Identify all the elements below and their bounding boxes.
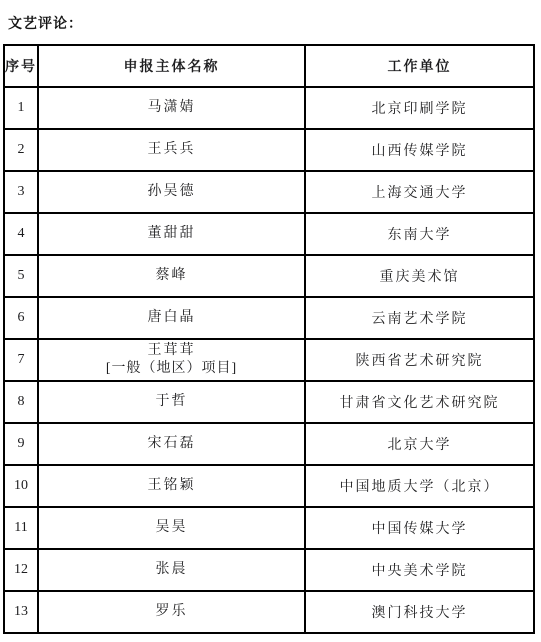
cell-work-unit: 重庆美术馆 bbox=[305, 255, 534, 297]
cell-applicant-name: 罗乐 bbox=[38, 591, 305, 633]
cell-work-unit: 陕西省艺术研究院 bbox=[305, 339, 534, 381]
cell-no: 13 bbox=[4, 591, 38, 633]
cell-no: 7 bbox=[4, 339, 38, 381]
cell-no: 4 bbox=[4, 213, 38, 255]
cell-applicant-name: 张晨 bbox=[38, 549, 305, 591]
applicants-table: 序号 申报主体名称 工作单位 1马潇婧北京印刷学院2王兵兵山西传媒学院3孙吴德上… bbox=[3, 44, 535, 634]
cell-applicant-name: 王兵兵 bbox=[38, 129, 305, 171]
table-row: 11吴昊中国传媒大学 bbox=[4, 507, 534, 549]
cell-work-unit: 上海交通大学 bbox=[305, 171, 534, 213]
table-row: 6唐白晶云南艺术学院 bbox=[4, 297, 534, 339]
cell-work-unit: 中国传媒大学 bbox=[305, 507, 534, 549]
applicant-name: 王兵兵 bbox=[39, 141, 304, 159]
applicant-name: 宋石磊 bbox=[39, 435, 304, 453]
applicant-name: 吴昊 bbox=[39, 519, 304, 537]
table-row: 3孙吴德上海交通大学 bbox=[4, 171, 534, 213]
cell-applicant-name: 王铭颖 bbox=[38, 465, 305, 507]
table-row: 10王铭颖中国地质大学（北京） bbox=[4, 465, 534, 507]
applicant-name: 孙吴德 bbox=[39, 183, 304, 201]
cell-no: 10 bbox=[4, 465, 38, 507]
table-row: 2王兵兵山西传媒学院 bbox=[4, 129, 534, 171]
cell-applicant-name: 马潇婧 bbox=[38, 87, 305, 129]
table-header: 序号 申报主体名称 工作单位 bbox=[4, 45, 534, 87]
cell-no: 8 bbox=[4, 381, 38, 423]
table-body: 1马潇婧北京印刷学院2王兵兵山西传媒学院3孙吴德上海交通大学4董甜甜东南大学5蔡… bbox=[4, 87, 534, 633]
cell-applicant-name: 于哲 bbox=[38, 381, 305, 423]
applicant-name: 罗乐 bbox=[39, 603, 304, 621]
col-header-name: 申报主体名称 bbox=[38, 45, 305, 87]
cell-applicant-name: 吴昊 bbox=[38, 507, 305, 549]
applicant-note: [一般（地区）项目] bbox=[39, 360, 304, 378]
applicant-name: 王铭颖 bbox=[39, 477, 304, 495]
cell-work-unit: 澳门科技大学 bbox=[305, 591, 534, 633]
cell-applicant-name: 蔡峰 bbox=[38, 255, 305, 297]
cell-applicant-name: 王茸茸[一般（地区）项目] bbox=[38, 339, 305, 381]
header-row: 序号 申报主体名称 工作单位 bbox=[4, 45, 534, 87]
cell-work-unit: 山西传媒学院 bbox=[305, 129, 534, 171]
cell-work-unit: 东南大学 bbox=[305, 213, 534, 255]
cell-work-unit: 中央美术学院 bbox=[305, 549, 534, 591]
applicant-name: 董甜甜 bbox=[39, 225, 304, 243]
table-row: 8于哲甘肃省文化艺术研究院 bbox=[4, 381, 534, 423]
cell-work-unit: 北京印刷学院 bbox=[305, 87, 534, 129]
applicant-name: 蔡峰 bbox=[39, 267, 304, 285]
cell-no: 9 bbox=[4, 423, 38, 465]
cell-no: 5 bbox=[4, 255, 38, 297]
cell-work-unit: 中国地质大学（北京） bbox=[305, 465, 534, 507]
table-row: 12张晨中央美术学院 bbox=[4, 549, 534, 591]
table-row: 4董甜甜东南大学 bbox=[4, 213, 534, 255]
cell-no: 1 bbox=[4, 87, 38, 129]
table-row: 5蔡峰重庆美术馆 bbox=[4, 255, 534, 297]
applicant-name: 马潇婧 bbox=[39, 99, 304, 117]
cell-no: 11 bbox=[4, 507, 38, 549]
table-row: 1马潇婧北京印刷学院 bbox=[4, 87, 534, 129]
applicant-name: 唐白晶 bbox=[39, 309, 304, 327]
document-page: 文艺评论： 序号 申报主体名称 工作单位 1马潇婧北京印刷学院2王兵兵山西传媒学… bbox=[0, 0, 541, 642]
col-header-no: 序号 bbox=[4, 45, 38, 87]
cell-applicant-name: 孙吴德 bbox=[38, 171, 305, 213]
cell-work-unit: 云南艺术学院 bbox=[305, 297, 534, 339]
cell-applicant-name: 董甜甜 bbox=[38, 213, 305, 255]
applicant-name: 王茸茸 bbox=[39, 342, 304, 360]
cell-no: 6 bbox=[4, 297, 38, 339]
cell-no: 12 bbox=[4, 549, 38, 591]
col-header-unit: 工作单位 bbox=[305, 45, 534, 87]
cell-no: 3 bbox=[4, 171, 38, 213]
cell-work-unit: 北京大学 bbox=[305, 423, 534, 465]
cell-applicant-name: 宋石磊 bbox=[38, 423, 305, 465]
page-title: 文艺评论： bbox=[0, 0, 541, 33]
table-row: 9宋石磊北京大学 bbox=[4, 423, 534, 465]
table-row: 13罗乐澳门科技大学 bbox=[4, 591, 534, 633]
applicant-name: 张晨 bbox=[39, 561, 304, 579]
cell-applicant-name: 唐白晶 bbox=[38, 297, 305, 339]
cell-no: 2 bbox=[4, 129, 38, 171]
cell-work-unit: 甘肃省文化艺术研究院 bbox=[305, 381, 534, 423]
table-row: 7王茸茸[一般（地区）项目]陕西省艺术研究院 bbox=[4, 339, 534, 381]
applicant-name: 于哲 bbox=[39, 393, 304, 411]
